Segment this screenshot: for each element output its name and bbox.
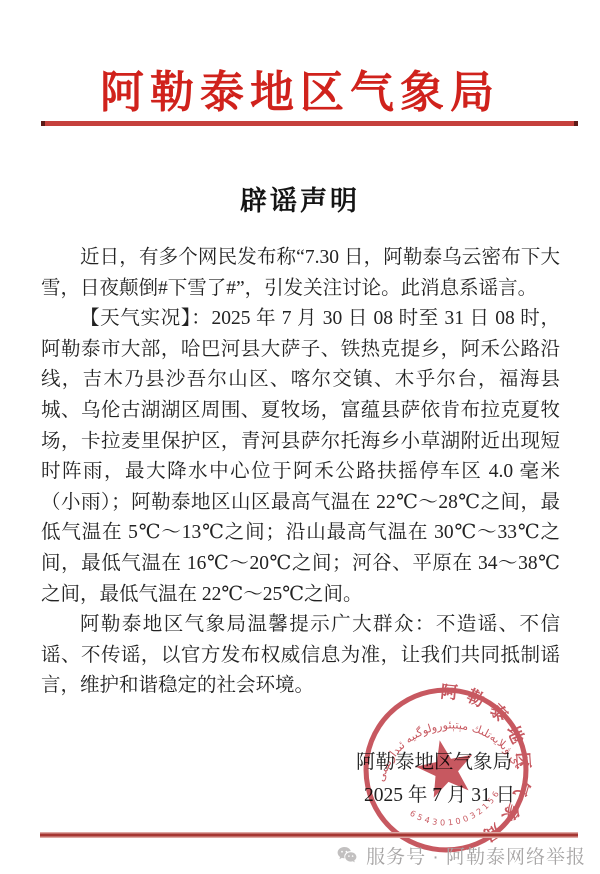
document-title: 辟谣声明: [0, 179, 600, 218]
signature-block: 阿勒泰地区气象局 2025 年 7 月 31 日: [356, 747, 556, 811]
watermark-label: 服务号 · 阿勒泰网络举报: [366, 842, 586, 869]
agency-header-title: 阿勒泰地区气象局: [0, 56, 600, 120]
red-header-rule: [41, 121, 578, 126]
body-paragraph: 近日，有多个网民发布称“7.30 日，阿勒泰乌云密布下大雪，日夜颠倒#下雪了#”…: [41, 243, 560, 304]
body-paragraph: 【天气实况】：2025 年 7 月 30 日 08 时至 31 日 08 时，阿…: [41, 304, 560, 610]
red-footer-rule: [40, 832, 578, 838]
signature-org: 阿勒泰地区气象局: [356, 747, 556, 778]
official-document: 阿勒泰地区气象局 辟谣声明 近日，有多个网民发布称“7.30 日，阿勒泰乌云密布…: [0, 0, 600, 874]
document-body: 近日，有多个网民发布称“7.30 日，阿勒泰乌云密布下大雪，日夜颠倒#下雪了#”…: [41, 243, 560, 702]
wechat-icon: [335, 844, 359, 868]
body-paragraph: 阿勒泰地区气象局温馨提示广大群众：不造谣、不信谣、不传谣，以官方发布权威信息为准…: [41, 610, 560, 702]
footer-watermark: 服务号 · 阿勒泰网络举报: [335, 842, 586, 869]
signature-date: 2025 年 7 月 31 日: [356, 780, 556, 811]
